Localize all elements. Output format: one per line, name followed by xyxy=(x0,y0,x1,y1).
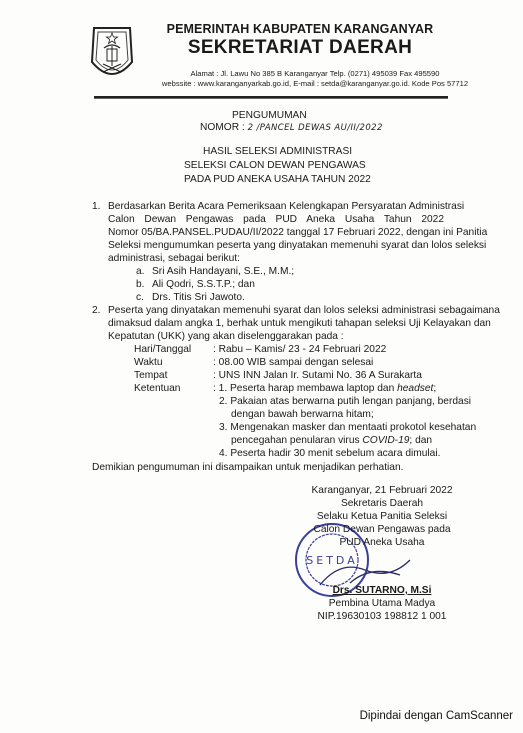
provision-number: 3. xyxy=(219,422,228,433)
schedule-label: Hari/Tanggal xyxy=(134,343,191,356)
letterhead-divider xyxy=(94,96,448,99)
provision-text: dengan bawah berwarna hitam; xyxy=(231,408,374,421)
provision-item: 4. Peserta hadir 30 menit sebelum acara … xyxy=(219,447,440,460)
provision-number: 4. xyxy=(219,448,228,459)
participant-name: Sri Asih Handayani, S.E., M.M.; xyxy=(152,265,294,278)
signatory-rank: Pembina Utama Madya xyxy=(307,597,457,610)
provision-item: 3. Mengenakan masker dan mentaati prokot… xyxy=(219,421,476,434)
signature-role: Sekretaris Daerah xyxy=(307,497,457,510)
provision-text: ; dan xyxy=(409,435,432,446)
provision-item: 2. Pakaian atas berwarna putih lengan pa… xyxy=(219,395,471,408)
item1-line: Seleksi mengumumkan peserta yang dinyata… xyxy=(108,239,444,252)
signature-role: PUD Aneka Usaha xyxy=(307,536,457,549)
document-number: NOMOR : 2 /PANCEL DEWAS AU/II/2022 xyxy=(200,121,383,135)
schedule-value: : 08.00 WIB sampai dengan selesai xyxy=(213,356,373,369)
signature-role: Selaku Ketua Panitia Seleksi xyxy=(307,510,457,523)
office-name: SEKRETARIAT DAERAH xyxy=(150,37,450,59)
schedule-value: : Rabu – Kamis/ 23 - 24 Februari 2022 xyxy=(213,343,386,356)
schedule-label: Waktu xyxy=(134,356,163,369)
item1-line: Berdasarkan Berita Acara Pemeriksaan Kel… xyxy=(108,200,444,213)
government-name: PEMERINTAH KABUPATEN KARANGANYAR xyxy=(150,22,450,36)
subject-line-3: PADA PUD ANEKA USAHA TAHUN 2022 xyxy=(184,173,371,186)
item1-line: administrasi, sebagai berikut: xyxy=(108,252,240,265)
provision-text: Peserta hadir 30 menit sebelum acara dim… xyxy=(230,448,440,459)
subject-line-1: HASIL SELEKSI ADMINISTRASI xyxy=(203,145,352,158)
participant-letter: b. xyxy=(136,278,145,291)
item1-line: Calon Dewan Pengawas pada PUD Aneka Usah… xyxy=(108,213,444,226)
provision-text: ; xyxy=(433,383,436,394)
provision-italic: COVID-19 xyxy=(362,435,409,446)
provision-number: : 1. xyxy=(213,383,227,394)
item1-line: Nomor 05/BA.PANSEL.PUDAU/II/2022 tanggal… xyxy=(108,226,444,239)
number-label: NOMOR : xyxy=(200,122,245,133)
provision-text: Pakaian atas berwarna putih lengan panja… xyxy=(230,396,471,407)
signatory-nip: NIP.19630103 198812 1 001 xyxy=(307,610,457,623)
item2-line: dimaksud dalam angka 1, berhak untuk men… xyxy=(108,317,446,330)
participant-name: Ali Qodri, S.S.T.P.; dan xyxy=(152,278,255,291)
provision-italic: headset xyxy=(397,383,433,394)
provision-text: Mengenakan masker dan mentaati prokotol … xyxy=(230,422,476,433)
provision-text: pencegahan penularan virus xyxy=(231,435,362,446)
number-handwritten: 2 /PANCEL DEWAS AU/II/2022 xyxy=(248,123,383,133)
letterhead-address: Alamat : Jl. Lawu No 385 B Karanganyar T… xyxy=(110,69,520,89)
item2-number: 2. xyxy=(92,304,101,317)
address-line: Alamat : Jl. Lawu No 385 B Karanganyar T… xyxy=(110,69,520,79)
provision-text: Peserta harap membawa laptop dan xyxy=(230,383,397,394)
schedule-label: Tempat xyxy=(134,369,167,382)
schedule-value: : UNS INN Jalan Ir. Sutami No. 36 A Sura… xyxy=(213,369,422,382)
participant-name: Drs. Titis Sri Jawoto. xyxy=(152,291,245,304)
camscanner-watermark: Dipindai dengan CamScanner xyxy=(360,710,513,722)
item1-number: 1. xyxy=(92,200,101,213)
subject-line-2: SELEKSI CALON DEWAN PENGAWAS xyxy=(184,159,366,172)
provisions-label: Ketentuan xyxy=(134,382,180,395)
signatory-name: Drs. SUTARNO, M.Si xyxy=(307,584,457,597)
provision-text: pencegahan penularan virus COVID-19; dan xyxy=(231,434,432,447)
item2-line: Peserta yang dinyatakan memenuhi syarat … xyxy=(108,304,446,317)
provision-number: 2. xyxy=(219,396,228,407)
closing-statement: Demikian pengumuman ini disampaikan untu… xyxy=(92,461,403,474)
participant-letter: c. xyxy=(136,291,144,304)
provision-item: : 1. Peserta harap membawa laptop dan he… xyxy=(213,382,436,395)
signature-place-date: Karanganyar, 21 Februari 2022 xyxy=(307,484,457,497)
contact-line: webssite : www.karanganyarkab.go.id, E-m… xyxy=(110,79,520,89)
signature-role: Calon Dewan Pengawas pada xyxy=(307,523,457,536)
participant-letter: a. xyxy=(136,265,145,278)
item2-line: Kepatutan (UKK) yang akan diselenggaraka… xyxy=(108,330,344,343)
